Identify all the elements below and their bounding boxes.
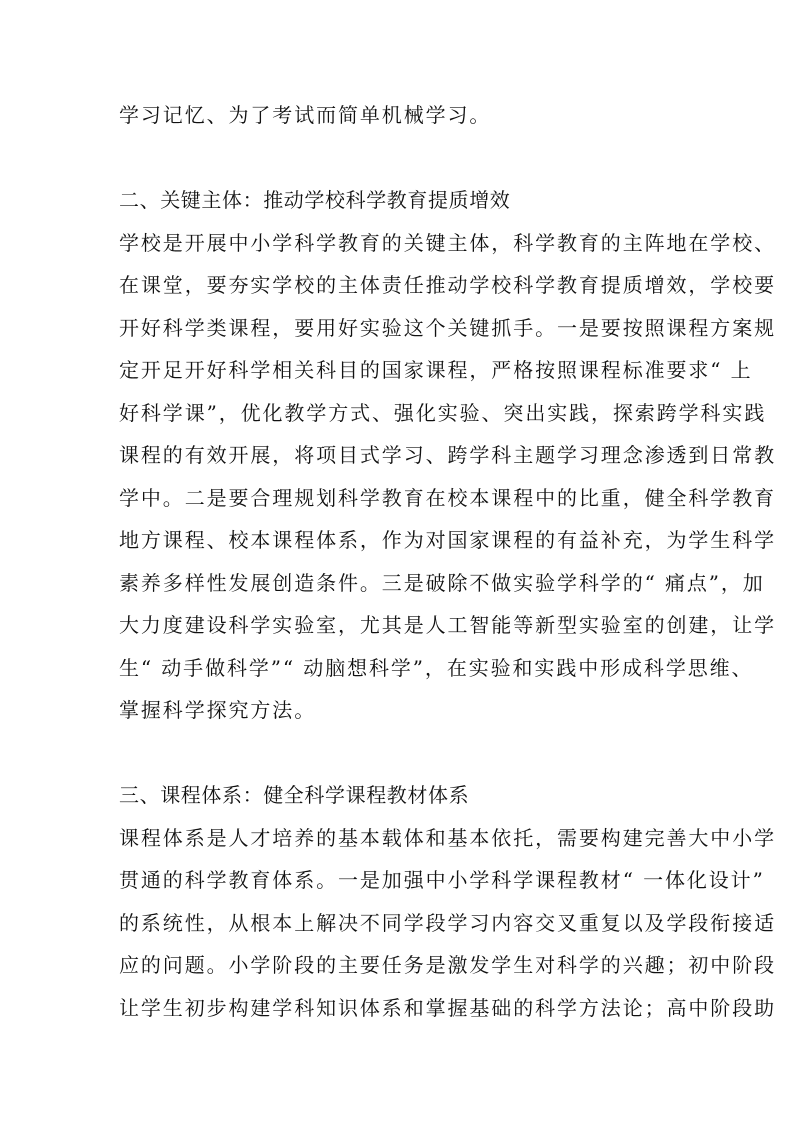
paragraph-line: 的系统性，从根本上解决不同学段学习内容交叉重复以及学段衔接适 — [119, 911, 776, 935]
paragraph-line: 学中。二是要合理规划科学教育在校本课程中的比重，健全科学教育 — [119, 486, 776, 510]
paragraph-line: 掌握科学探究方法。 — [119, 698, 316, 722]
section-heading: 二、关键主体：推动学校科学教育提质增效 — [119, 188, 510, 212]
paragraph-line: 地方课程、校本课程体系，作为对国家课程的有益补充，为学生科学 — [119, 528, 776, 552]
paragraph-line: 生“ 动手做科学”“ 动脑想科学”，在实验和实践中形成科学思维、 — [119, 656, 753, 680]
paragraph-line: 开好科学类课程，要用好实验这个关键抓手。一是要按照课程方案规 — [119, 316, 776, 340]
paragraph-line: 课程体系是人才培养的基本载体和基本依托，需要构建完善大中小学 — [119, 826, 776, 850]
section-heading: 三、课程体系：健全科学课程教材体系 — [119, 783, 469, 807]
paragraph-line: 好科学课”，优化教学方式、强化实验、突出实践，探索跨学科实践 — [119, 401, 766, 425]
paragraph-line: 学习记忆、为了考试而简单机械学习。 — [119, 103, 491, 127]
paragraph-line: 让学生初步构建学科知识体系和掌握基础的科学方法论；高中阶段助 — [119, 996, 776, 1020]
paragraph-line: 素养多样性发展创造条件。三是破除不做实验学科学的“ 痛点”，加 — [119, 571, 765, 595]
paragraph-line: 应的问题。小学阶段的主要任务是激发学生对科学的兴趣；初中阶段 — [119, 953, 776, 977]
paragraph-line: 大力度建设科学实验室，尤其是人工智能等新型实验室的创建，让学 — [119, 613, 776, 637]
paragraph-line: 学校是开展中小学科学教育的关键主体，科学教育的主阵地在学校、 — [119, 231, 776, 255]
paragraph-line: 课程的有效开展，将项目式学习、跨学科主题学习理念渗透到日常教 — [119, 443, 776, 467]
paragraph-line: 定开足开好科学相关科目的国家课程，严格按照课程标准要求“ 上 — [119, 358, 753, 382]
paragraph-line: 在课堂，要夯实学校的主体责任推动学校科学教育提质增效，学校要 — [119, 273, 776, 297]
paragraph-line: 贯通的科学教育体系。一是加强中小学科学课程教材“ 一体化设计” — [119, 868, 765, 892]
